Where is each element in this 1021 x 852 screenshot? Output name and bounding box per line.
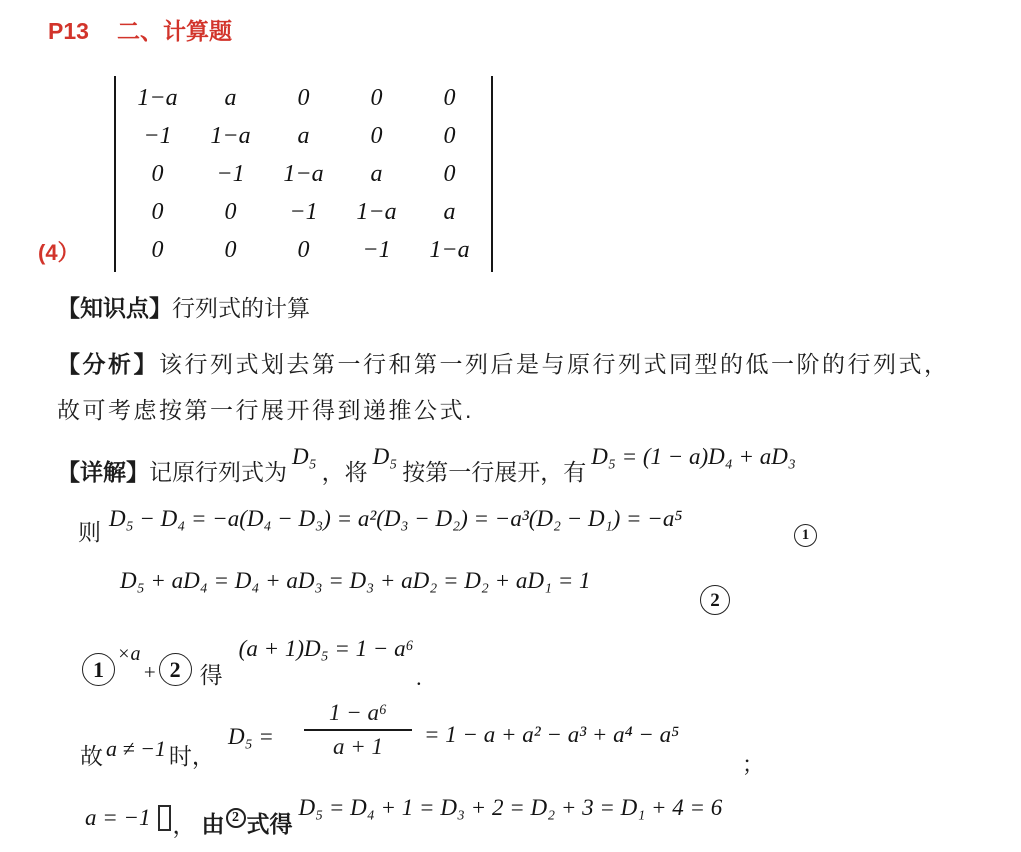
determinant-matrix: 1−a a 0 0 0 −1 1−a a 0 0 0 −1 1−a a 0 0 … — [114, 76, 493, 272]
determinant-cell: 0 — [121, 155, 194, 193]
determinant-cell: −1 — [267, 193, 340, 231]
eq5-case-math: a = −1 — [85, 805, 151, 831]
intro-text-2: ，将 — [322, 454, 368, 487]
equation-3-line: 1 ×a + 2 得 (a + 1)D₅ = 1 − a⁶ . — [82, 653, 422, 686]
eq4-fraction: 1 − a⁶ a + 1 — [304, 700, 412, 760]
eq4-semicolon: ； — [742, 748, 764, 779]
analysis-label: 【分析】 — [57, 351, 159, 377]
determinant-cell: a — [340, 155, 413, 193]
determinant-cell: 1−a — [194, 117, 267, 155]
intro-math-d5-a: D₅ — [287, 444, 322, 470]
determinant-cell: 0 — [267, 79, 340, 117]
eq5-chain-formula: D₅ = D₄ + 1 = D₃ + 2 = D₂ + 3 = D₁ + 4 =… — [299, 795, 723, 821]
equation-1-line: 则 D₅ − D₄ = −a(D₄ − D₃) = a²(D₃ − D₂) = … — [78, 506, 682, 539]
analysis-line-2: 故可考虑按第一行展开得到递推公式. — [57, 392, 474, 425]
eq3-plus-sign: + — [143, 660, 157, 685]
eq4-lhs: D₅ = — [228, 724, 274, 750]
analysis-line-1: 【分析】该行列式划去第一行和第一列后是与原行列式同型的低一阶的行列式， — [57, 346, 1017, 379]
knowledge-point-label: 【知识点】 — [57, 295, 172, 321]
solution-intro-line: 【详解】 记原行列式为 D₅ ，将 D₅ 按第一行展开，有 D₅ = (1 − … — [57, 444, 801, 477]
missing-glyph-box — [158, 805, 171, 831]
determinant-cell: 1−a — [413, 231, 486, 269]
solution-label: 【详解】 — [57, 454, 149, 487]
problem-item-label: (4） — [38, 236, 80, 267]
eq3-period: . — [417, 665, 423, 691]
equation-2-formula: D₅ + aD₄ = D₄ + aD₃ = D₃ + aD₂ = D₂ + aD… — [120, 568, 591, 594]
eq1-prefix: 则 — [78, 514, 101, 547]
determinant-cell: a — [413, 193, 486, 231]
determinant-cell: 0 — [267, 231, 340, 269]
eq3-result-formula: (a + 1)D₅ = 1 − a⁶ — [239, 636, 414, 662]
eq5-comma: ， — [173, 807, 196, 840]
eq3-times-a: ×a — [117, 643, 141, 666]
determinant-cell: 0 — [194, 193, 267, 231]
determinant-cell: 1−a — [121, 79, 194, 117]
knowledge-point-line: 【知识点】行列式的计算 — [57, 290, 310, 323]
circled-2-tag: 2 — [700, 585, 730, 615]
eq4-condition: 故 a ≠ −1 时， — [80, 738, 215, 771]
determinant-cell: a — [194, 79, 267, 117]
eq4-cond-math: a ≠ −1 — [103, 736, 169, 762]
fraction-numerator: 1 − a⁶ — [304, 700, 412, 731]
eq1-formula: D₅ − D₄ = −a(D₄ − D₃) = a²(D₃ − D₂) = −a… — [109, 506, 682, 532]
page-ref: P13 — [48, 18, 89, 44]
determinant-cell: 0 — [121, 231, 194, 269]
determinant-cell: −1 — [121, 117, 194, 155]
determinant-cell: 0 — [413, 79, 486, 117]
circled-1-ref: 1 — [82, 653, 115, 686]
determinant-cell: 0 — [340, 117, 413, 155]
determinant-cell: −1 — [194, 155, 267, 193]
intro-math-d5-b: D₅ — [368, 444, 403, 470]
fraction-denominator: a + 1 — [304, 731, 412, 760]
eq4-cond-text-2: 时， — [169, 738, 215, 771]
circled-2-ref: 2 — [159, 653, 192, 686]
eq4-cond-text-1: 故 — [80, 738, 103, 771]
document-page: P13二、计算题 (4） 1−a a 0 0 0 −1 1−a a 0 0 0 … — [0, 0, 1021, 852]
determinant-cell: 1−a — [340, 193, 413, 231]
determinant-cell: 0 — [413, 155, 486, 193]
knowledge-point-text: 行列式的计算 — [172, 295, 310, 321]
eq4-expansion: = 1 − a + a² − a³ + a⁴ − a⁵ — [424, 722, 679, 748]
determinant-cell: 0 — [121, 193, 194, 231]
eq5-by-text-1: 由 — [202, 806, 225, 839]
eq3-verb: 得 — [200, 657, 223, 690]
intro-text-1: 记原行列式为 — [149, 454, 287, 487]
intro-recurrence-formula: D₅ = (1 − a)D₄ + aD₃ — [586, 444, 801, 470]
determinant-cell: 0 — [340, 79, 413, 117]
equation-5-line: a = −1 ， 由 2 式得 D₅ = D₄ + 1 = D₃ + 2 = D… — [85, 797, 722, 830]
section-title: 二、计算题 — [117, 18, 232, 44]
circled-2-inline-ref: 2 — [226, 808, 246, 828]
eq5-by-text-2: 式得 — [247, 806, 293, 839]
determinant-cell: −1 — [340, 231, 413, 269]
determinant-cell: a — [267, 117, 340, 155]
determinant-cell: 0 — [194, 231, 267, 269]
determinant-cell: 0 — [413, 117, 486, 155]
intro-text-3: 按第一行展开，有 — [402, 454, 586, 487]
analysis-text-1: 该行列式划去第一行和第一列后是与原行列式同型的低一阶的行列式， — [159, 351, 950, 377]
page-header: P13二、计算题 — [48, 13, 232, 46]
determinant-cell: 1−a — [267, 155, 340, 193]
circled-1-tag: 1 — [794, 524, 817, 547]
